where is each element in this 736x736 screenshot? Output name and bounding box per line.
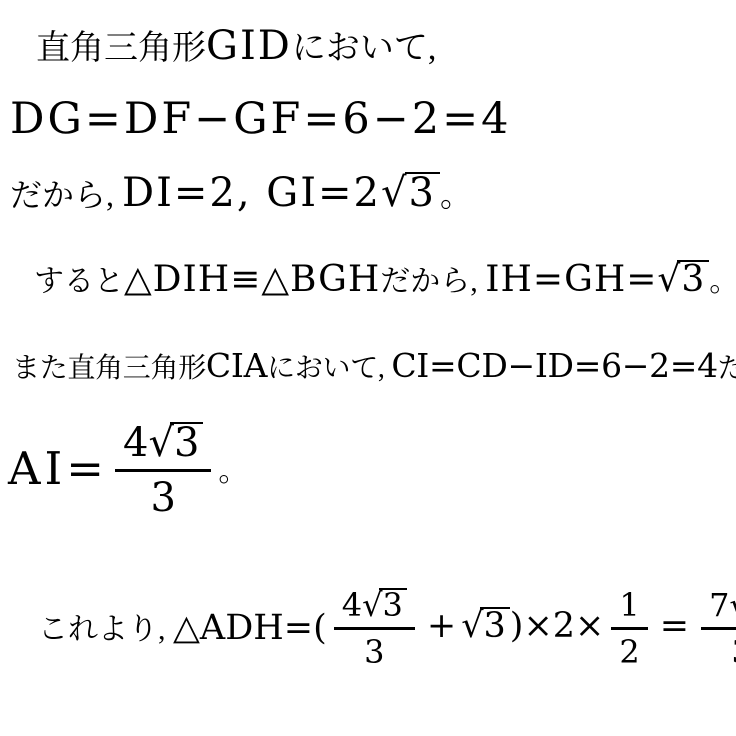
equation-ih-gh: IH=GH=√3 [485,259,709,300]
coefficient: 4 [342,586,362,624]
fraction-numerator: 7√3 [701,584,736,630]
coefficient: 7 [709,586,729,624]
radicand: 3 [379,588,407,620]
fraction-numerator: 4√3 [334,584,415,630]
math-text: DI=2, GI=2 [122,170,381,216]
fraction-denominator: 2 [619,630,639,668]
equation-ci: CI=CD−ID=6−2=4 [391,346,718,385]
fraction-4root3-over-3: 4√3 3 [115,418,211,518]
equation-dg: DG=DF−GF=6−2=4 [10,94,512,144]
equation-di-gi: DI=2, GI=2√3 [122,170,440,216]
sqrt-radical: √3 [657,259,709,300]
jp-text: これより, [38,613,173,646]
jp-period: 。 [709,265,736,298]
fraction-denominator: 3 [731,630,736,668]
fraction-7root3-over-3: 7√3 3 [701,584,736,668]
jp-text: すると [34,265,124,298]
fraction-numerator: 4√3 [115,418,211,472]
fraction-denominator: 3 [150,472,175,518]
radicand: 3 [480,607,510,642]
jp-period: 。 [440,177,472,213]
statement-right-triangle-cia: また直角三角形CIAにおいて, CI=CD−ID=6−2=4だから, [12,346,736,386]
triangle-name: GID [206,23,292,69]
sqrt-radical: √3 [729,586,736,624]
plus-operator: + [427,606,456,646]
coefficient: 4 [123,420,148,466]
sqrt-radical: √3 [381,170,440,216]
fraction-one-half: 1 2 [611,585,647,668]
fraction-denominator: 3 [364,630,384,668]
radical-sign-icon: √ [729,586,736,624]
equation-area-adh: これより, △ADH=( 4√3 3 + √3 )×2× 1 2 = 7√3 3… [38,584,736,668]
jp-text: 直角三角形 [36,30,206,67]
sqrt-radical: √3 [148,420,203,466]
jp-text: において, [267,353,391,384]
jp-text: において, [292,30,437,67]
radicand: 3 [677,260,709,296]
jp-text: だから, [718,353,736,384]
equals-operator: = [660,606,689,646]
jp-text: だから, [380,265,485,298]
jp-text: また直角三角形 [12,353,206,384]
lead-text: これより, △ADH=( [38,604,327,648]
sqrt-radical: √3 [461,606,510,646]
sqrt-radical: √3 [362,586,407,624]
statement-di-gi: だから, DI=2, GI=2√3。 [10,170,472,216]
triangle-name: CIA [206,346,267,385]
times-two-text: )×2× [510,606,605,646]
radicand: 3 [405,172,440,212]
math-text: △ADH=( [173,608,327,648]
equation-ai: AI= 4√3 3 。 [8,418,248,518]
math-text: AI= [8,442,108,495]
math-solution-document: 直角三角形GIDにおいて, DG=DF−GF=6−2=4 だから, DI=2, … [0,0,736,736]
jp-text: だから, [10,177,122,213]
fraction-numerator: 1 [611,585,647,630]
math-text: IH=GH= [485,259,657,300]
congruence-relation: △DIH≡△BGH [124,259,380,300]
radicand: 3 [170,422,203,462]
statement-congruence: すると△DIH≡△BGHだから, IH=GH=√3。 [34,256,736,300]
jp-period: 。 [218,446,248,490]
fraction-4root3-over-3: 4√3 3 [334,584,415,668]
statement-right-triangle-gid: 直角三角形GIDにおいて, [36,20,436,69]
